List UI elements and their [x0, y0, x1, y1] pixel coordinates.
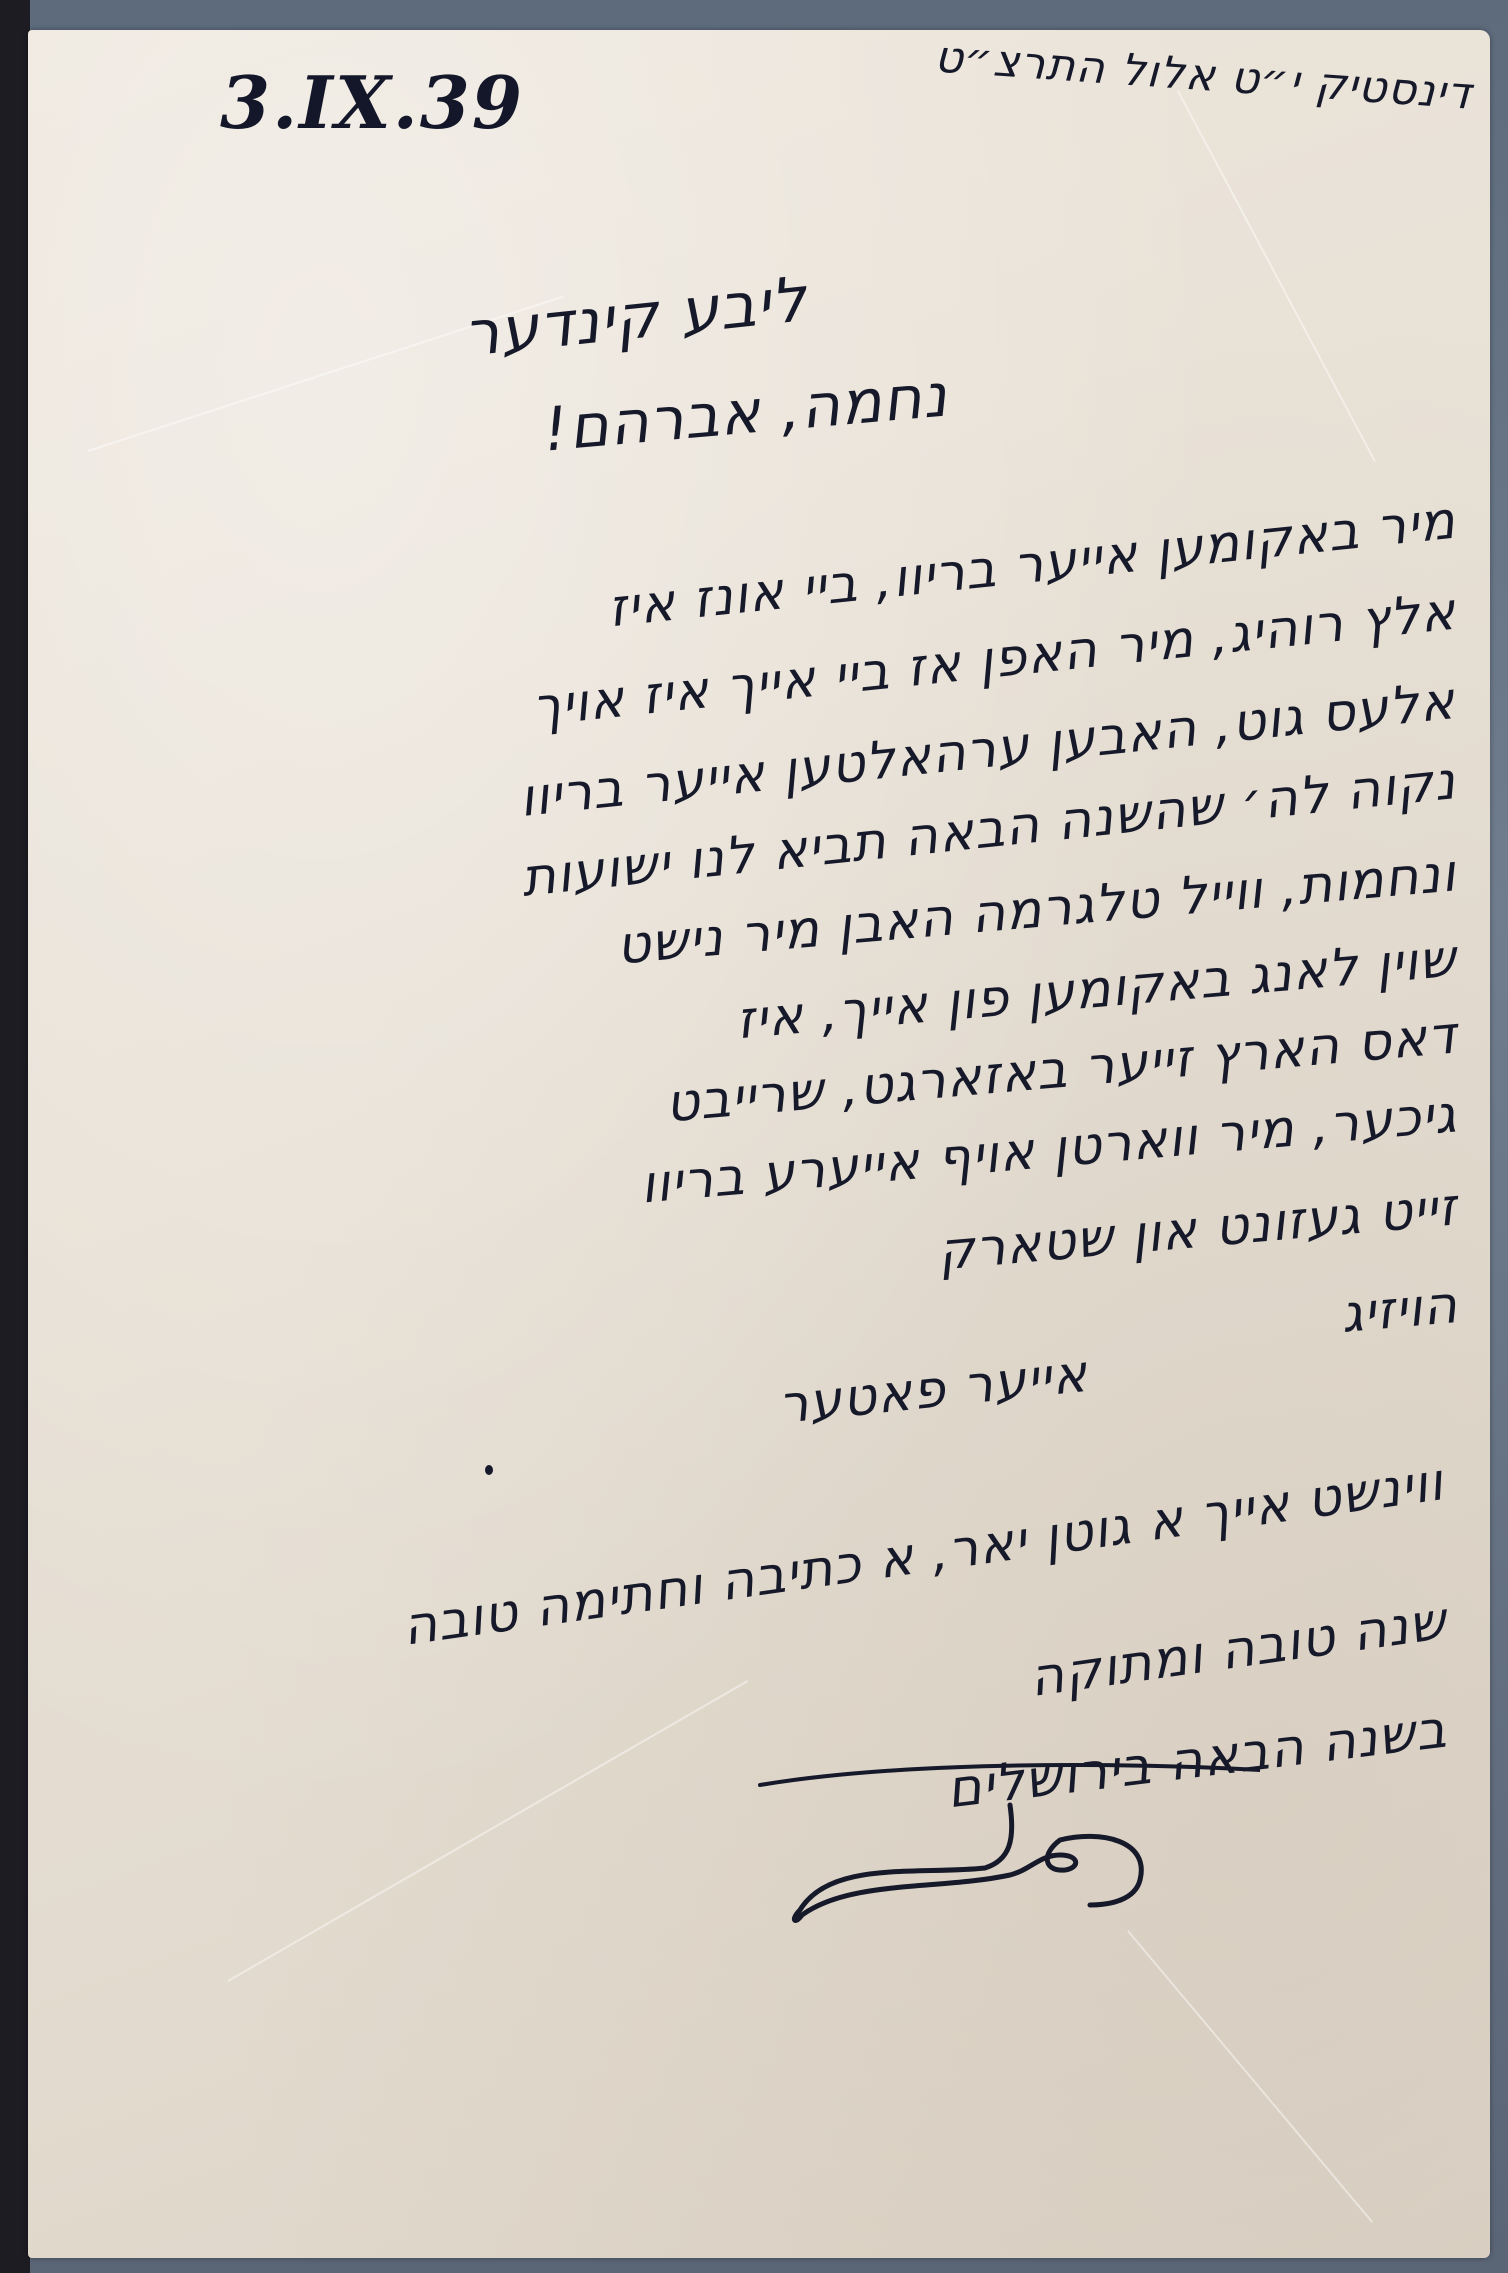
paper-crease [1177, 91, 1376, 463]
ink-dot [485, 1465, 493, 1475]
paper-crease [1127, 1930, 1373, 2222]
paper-crease [228, 1680, 749, 1982]
letter-date: 3.IX.39 [220, 60, 524, 145]
photo-background-edge [0, 0, 30, 2273]
signature-flourish [740, 1760, 1260, 1940]
body-line: הויזיג [1339, 1275, 1461, 1345]
